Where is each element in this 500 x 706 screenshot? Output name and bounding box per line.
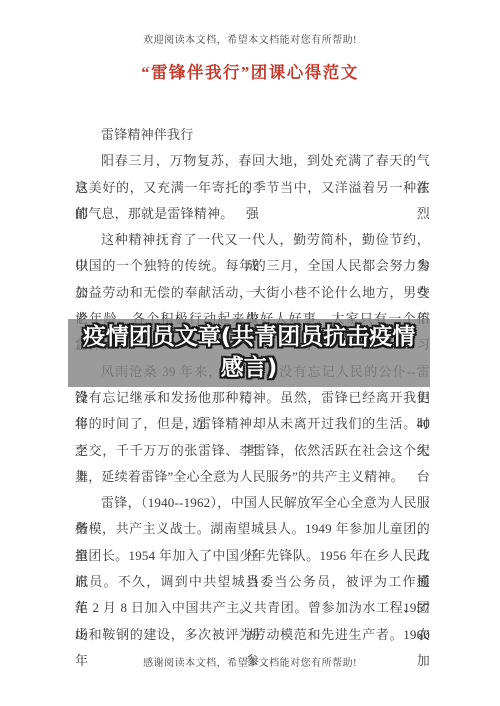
doc-title: “雷锋伴我行”团课心得范文 <box>0 59 500 83</box>
body-line: 雷锋，（1940--1962），中国人民解放军全心全意为人民服务的 <box>75 490 430 516</box>
footer-note: 感谢阅读本文档，希望本文档能对您有所帮助! <box>0 654 500 669</box>
body-line: 公益劳动和无偿的奉献活动，大街小巷不论什么地方，男女老少不 <box>75 280 430 306</box>
body-line: 中国的一个独特的传统。每年的三月，全国人民都会努力参加一些 <box>75 253 430 279</box>
body-line: 阳春三月，万物复苏，春回大地，到处充满了春天的气息，在 <box>75 148 430 174</box>
header-note: 欢迎阅读本文档，希望本文档能对您有所帮助! <box>0 31 500 46</box>
body-line: 年的时间了，但是，雷锋精神却从未离开过我们的生活。时至世纪 <box>75 411 430 437</box>
body-line: 雷锋精神伴我行 <box>75 122 430 148</box>
body-line: 上，延续着雷锋”全心全意为人民服务”的共产主义精神。 <box>75 464 430 490</box>
body-line: 场和鞍钢的建设，多次被评为劳动模范和先进生产者。1960 年参加 <box>75 622 430 648</box>
watermark-banner: 疫情团员文章(共青团员抗击疫情感言) <box>68 319 430 387</box>
body-line: 这种精神抚育了一代又一代人，勤劳简朴，勤俭节约，以成为 <box>75 227 430 253</box>
body-line: 年 2 月 8 日加入中国共产主义共青团。曾参加沩水工程、团山湖农 <box>75 595 430 621</box>
body-line: 没有忘记继承和发扬他那种精神。虽然，雷锋已经离开我们将近 40 <box>75 385 430 411</box>
body-line: 这美好的，又充满一年寄托的季节当中，又洋溢着另一种浓郁强烈 <box>75 175 430 201</box>
watermark-title: 疫情团员文章(共青团员抗击疫情感言) <box>68 322 430 384</box>
body-line: 讯员。不久，调到中共望城县委当公务员，被评为工作模范。1957 <box>75 569 430 595</box>
body-line: 楷模，共产主义战士。湖南望城县人。1949 年参加儿童团，担任儿 <box>75 516 430 542</box>
body-line: 之交，千千万万的张雷锋、李雷锋，依然活跃在社会这个大舞台 <box>75 438 430 464</box>
body-line: 童团长。1954 年加入了中国少年先锋队。1956 年在乡人民政府当通 <box>75 543 430 569</box>
document-page: 欢迎阅读本文档，希望本文档能对您有所帮助! “雷锋伴我行”团课心得范文 雷锋精神… <box>0 0 500 706</box>
